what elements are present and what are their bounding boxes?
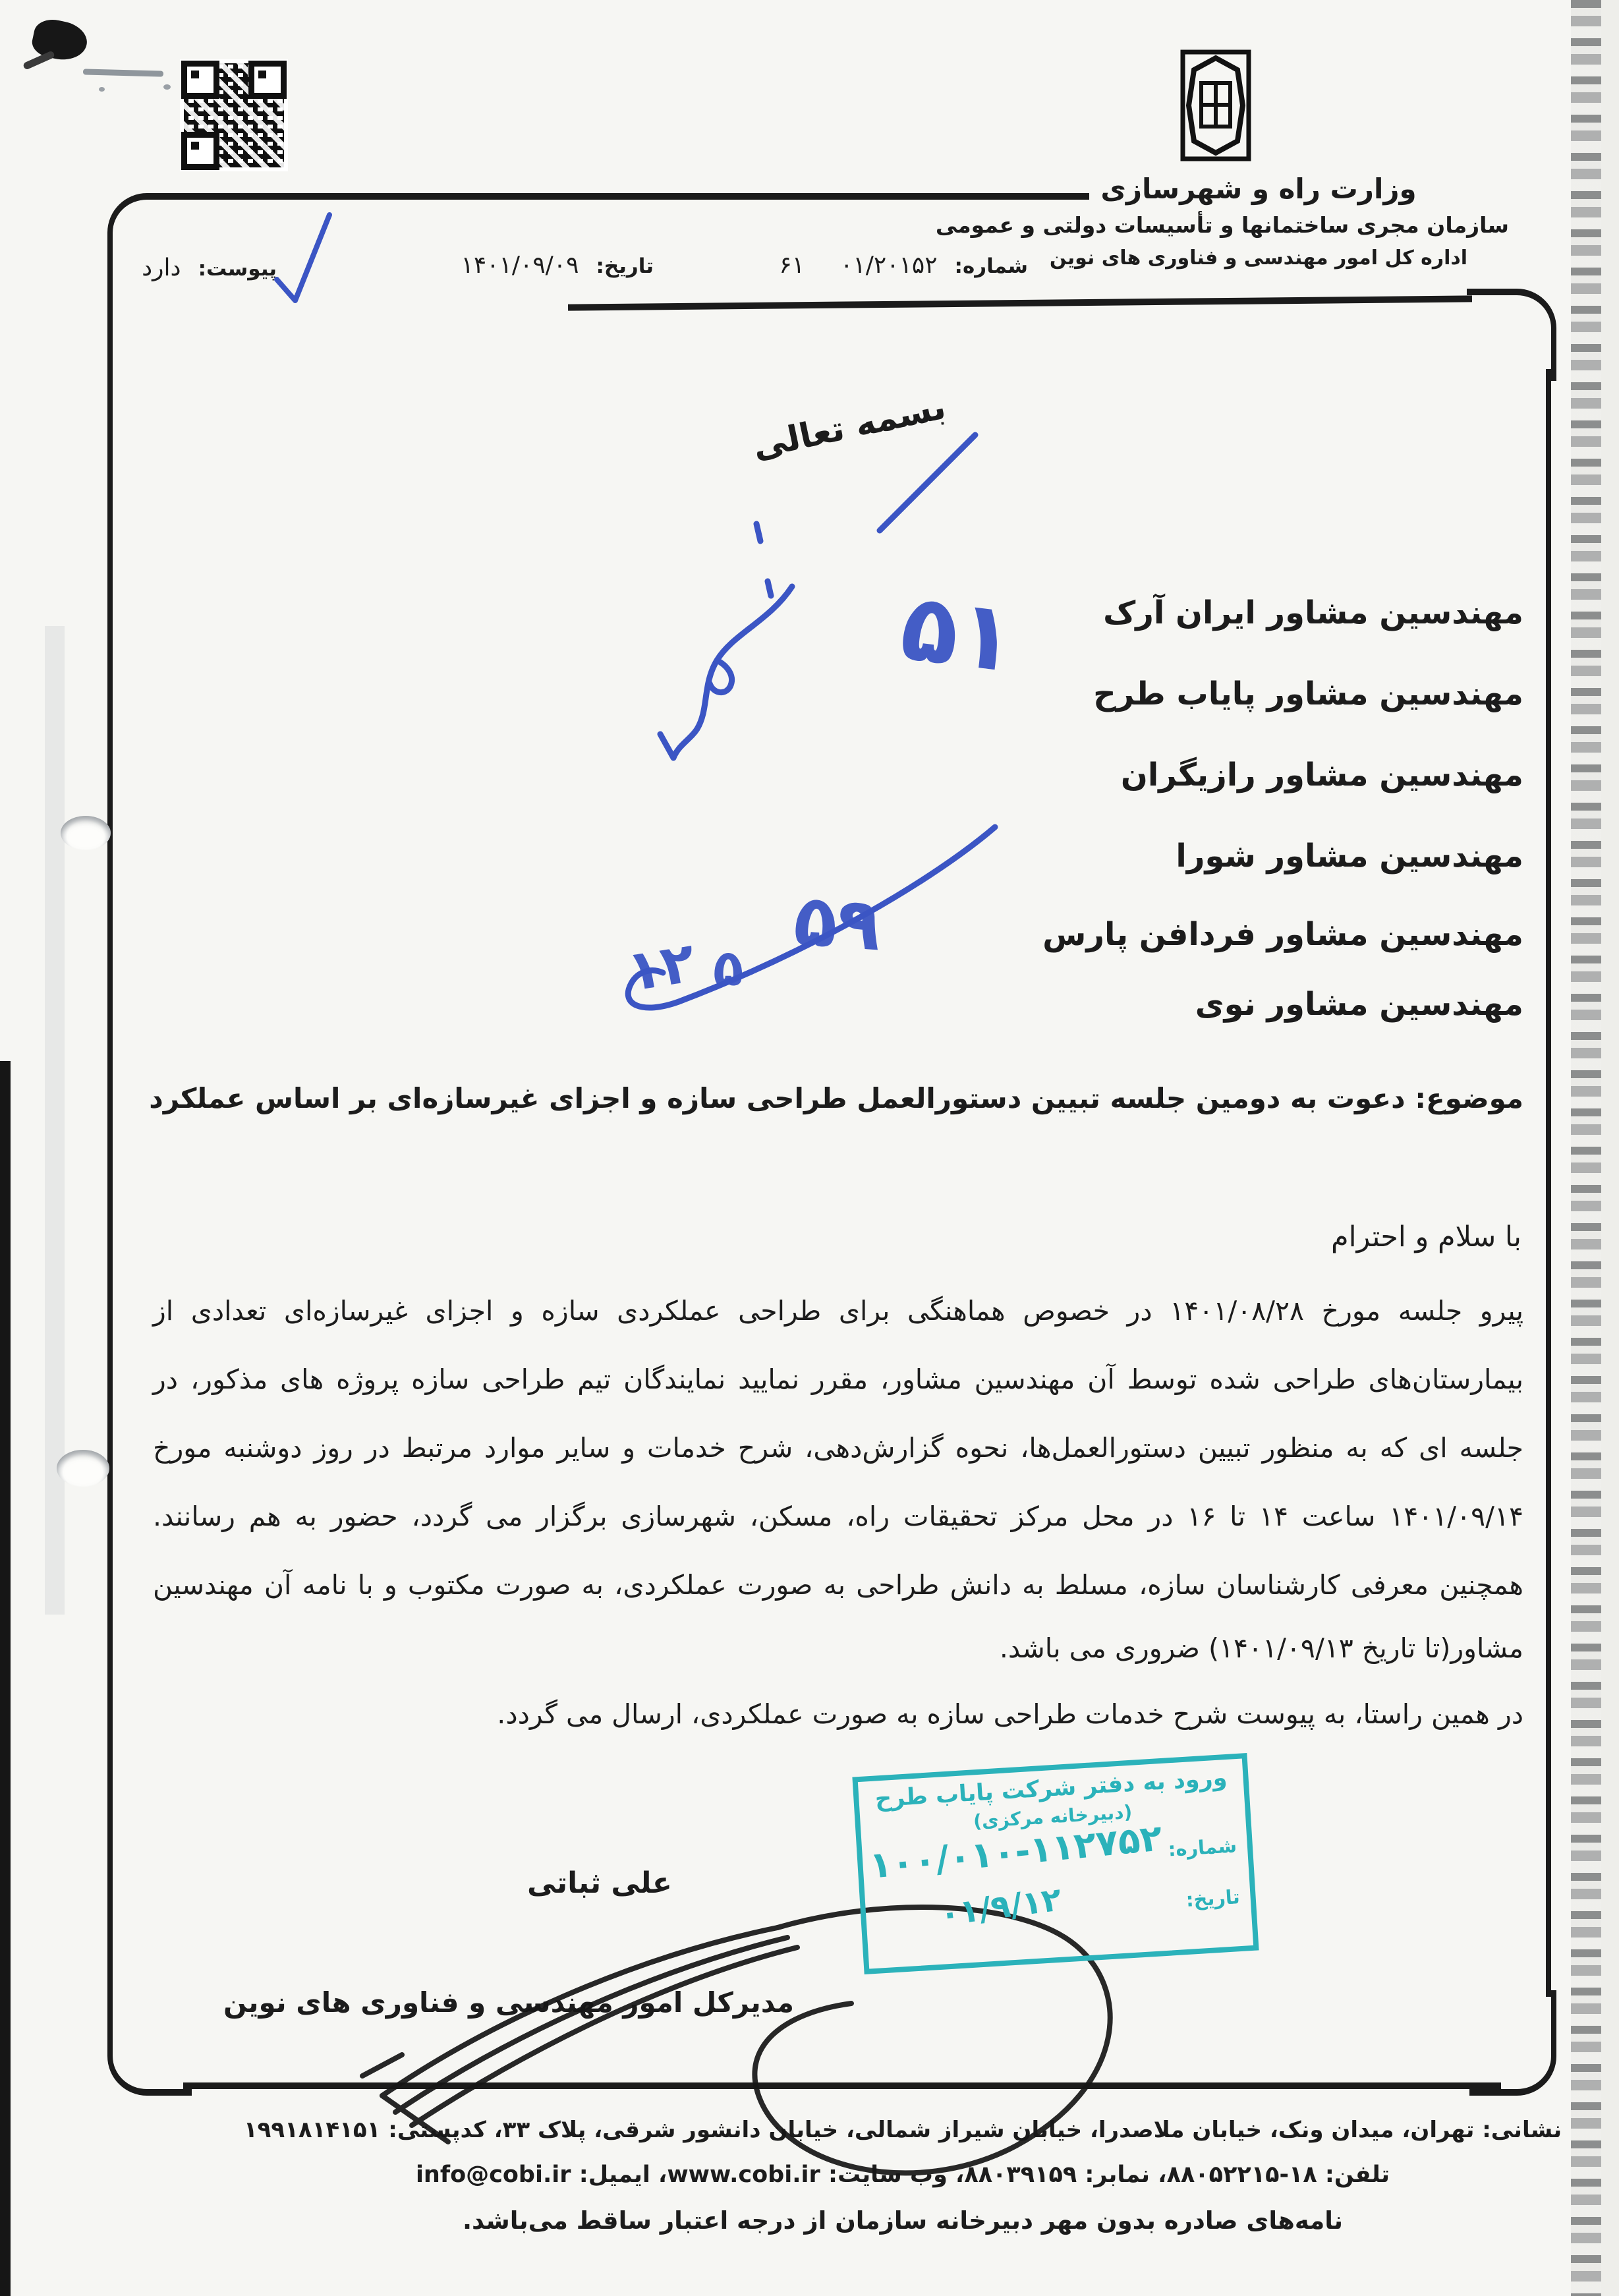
salutation: با سلام و احترام <box>1331 1220 1521 1253</box>
punch-hole <box>61 816 111 850</box>
company-entry-stamp: ورود به دفتر شرکت پایاب طرح (دبیرخانه مر… <box>852 1753 1259 1974</box>
recipient-line: مهندسین مشاور ایران آرک <box>1103 594 1523 631</box>
frame-bottom-left-corner <box>107 1984 192 2096</box>
letter-number-field: شماره: ۰۱/۲۰۱۵۲ ۶۱ <box>779 252 1028 279</box>
qr-finder-icon <box>248 61 287 99</box>
checkmark-annotation-icon <box>269 206 341 311</box>
scan-edge-left-strip <box>0 1061 11 2296</box>
ministry-name: وزارت راه و شهرسازی <box>1025 173 1492 205</box>
body-line: پیرو جلسه مورخ ۱۴۰۱/۰۸/۲۸ در خصوص هماهنگ… <box>153 1289 1523 1333</box>
ministry-logo-icon <box>1179 49 1252 162</box>
scan-edge-right-band <box>1571 0 1601 2296</box>
letter-date-value: ۱۴۰۱/۰۹/۰۹ <box>461 252 579 279</box>
frame-top-right-rule <box>568 295 1472 310</box>
frame-top-left-rule <box>183 193 1089 200</box>
body-line: جلسه ای که به منظور تبیین دستورالعمل‌ها،… <box>153 1426 1523 1470</box>
body-line: مشاور(تا تاریخ ۱۴۰۱/۰۹/۱۳) ضروری می باشد… <box>153 1626 1523 1670</box>
frame-bottom-right-corner <box>1469 1990 1556 2096</box>
recipient-line: مهندسین مشاور فردافن پارس <box>1042 916 1523 953</box>
handwritten-note: ۱۲ <box>623 930 700 1004</box>
footer-disclaimer: نامه‌های صادره بدون مهر دبیرخانه سازمان … <box>211 2206 1595 2235</box>
scan-speck <box>99 87 105 92</box>
recipient-line: مهندسین مشاور پایاب طرح <box>1093 675 1523 712</box>
letter-number-label: شماره: <box>955 254 1028 278</box>
department-name: اداره کل امور مهندسی و فناوری های نوین <box>1025 246 1492 270</box>
body-line: همچنین معرفی کارشناسان سازه، مسلط به دان… <box>153 1563 1523 1607</box>
letter-number-suffix: ۶۱ <box>779 252 805 279</box>
punch-hole <box>57 1450 109 1487</box>
frame-left-rule <box>107 280 113 2020</box>
recipient-line: مهندسین مشاور شورا <box>1176 838 1523 875</box>
frame-top-left-corner <box>107 193 192 292</box>
handwritten-note: ۵ <box>713 938 743 997</box>
body-line: بیمارستان‌های طراحی شده توسط آن مهندسین … <box>153 1358 1523 1401</box>
organization-name: سازمان مجری ساختمانها و تأسیسات دولتی و … <box>1008 212 1509 238</box>
qr-finder-icon <box>181 132 219 170</box>
attachment-label: پیوست: <box>198 257 277 281</box>
handwritten-note: ۵۹ <box>791 879 884 967</box>
body-line: ۱۴۰۱/۰۹/۱۴ ساعت ۱۴ تا ۱۶ در محل مرکز تحق… <box>153 1495 1523 1538</box>
recipient-line: مهندسین مشاور نوی <box>1195 986 1523 1023</box>
stamp-date-label: تاریخ: <box>1185 1885 1241 1911</box>
letter-number-value: ۰۱/۲۰۱۵۲ <box>840 252 937 279</box>
scan-speck <box>163 84 171 90</box>
stamp-number-label: شماره: <box>1168 1834 1237 1860</box>
frame-top-right-corner <box>1467 289 1556 381</box>
qr-finder-icon <box>181 61 219 99</box>
qr-code-image <box>180 59 288 171</box>
letter-date-field: تاریخ: ۱۴۰۱/۰۹/۰۹ <box>461 252 654 279</box>
body-line: در همین راستا، به پیوست شرح خدمات طراحی … <box>153 1692 1523 1736</box>
recipient-line: مهندسین مشاور رازیگران <box>1121 757 1523 793</box>
frame-right-rule <box>1546 369 1551 1997</box>
scan-edge-right-margin <box>1601 0 1619 2296</box>
letter-date-label: تاریخ: <box>596 254 654 278</box>
scanned-letter-page: وزارت راه و شهرسازی سازمان مجری ساختمانه… <box>0 0 1619 2296</box>
handwritten-note: ۵۱ <box>895 572 1022 694</box>
pencil-smudge <box>83 69 163 76</box>
subject-line: موضوع: دعوت به دومین جلسه تبیین دستورالع… <box>149 1082 1523 1114</box>
